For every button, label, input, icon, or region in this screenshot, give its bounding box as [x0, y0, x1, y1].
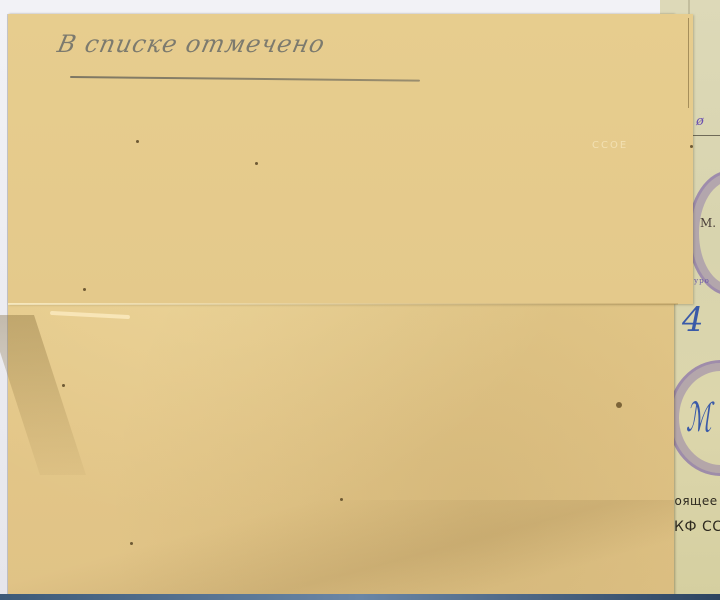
handwritten-mark: ø [696, 114, 704, 129]
horizontal-fold [8, 303, 678, 305]
handwritten-note: В списке отмечено [55, 30, 328, 58]
scanner-edge [0, 594, 720, 600]
paper-speck [62, 384, 65, 387]
paper-speck [136, 140, 139, 143]
blue-signature: ℳ [686, 395, 712, 441]
show-through-text: ССОЕ [592, 140, 628, 151]
sheet-edge-crease [688, 18, 689, 108]
stamp-arc-text: уро [694, 277, 710, 285]
blue-pencil-mark: 4 [682, 300, 704, 340]
paper-speck [340, 498, 343, 501]
bottom-crease-shade [8, 500, 674, 596]
paper-speck [690, 145, 693, 148]
stamp-center-letter: М. [700, 216, 716, 230]
paper-speck [83, 288, 86, 291]
paper-speck [255, 162, 258, 165]
paper-speck [616, 402, 622, 408]
paper-speck [130, 542, 133, 545]
printed-text-line-1: тоящее [667, 494, 718, 508]
